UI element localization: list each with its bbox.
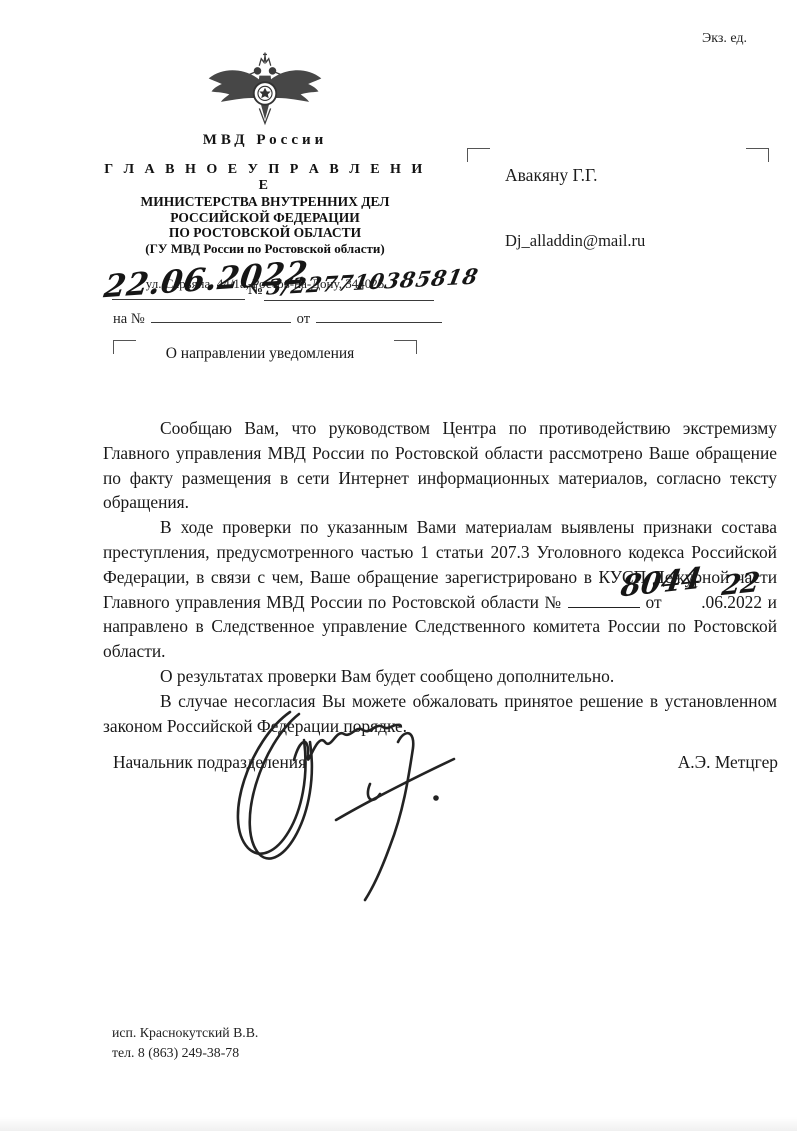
reply-number-blank — [151, 308, 291, 323]
day-blank: 22 — [667, 596, 701, 608]
reply-date-blank — [316, 308, 442, 323]
org-line: РОССИЙСКОЙ ФЕДЕРАЦИИ — [100, 210, 430, 226]
recipient-name: Авакяну Г.Г. — [505, 165, 598, 186]
copy-count-note: Экз. ед. — [702, 31, 747, 47]
paragraph-2: В ходе проверки по указанным Вами матери… — [103, 515, 777, 664]
recipient-corner-left — [467, 148, 490, 162]
signer-name: А.Э. Метцгер — [678, 752, 778, 773]
handwritten-signature-scribble — [220, 698, 470, 918]
executor-phone: тел. 8 (863) 249-38-78 — [112, 1043, 258, 1063]
reply-number-label: на № — [113, 311, 145, 327]
reply-reference-row: на №от — [113, 308, 448, 328]
number-sign: № — [248, 282, 263, 299]
subject-corner-right — [394, 340, 417, 354]
letter-body: Сообщаю Вам, что руководством Центра по … — [103, 416, 777, 738]
kusp-number-blank: 8044 — [568, 595, 640, 608]
recipient-corner-right — [746, 148, 769, 162]
org-short-name: МВД России — [100, 132, 430, 149]
executor-footer: исп. Краснокутский В.В. тел. 8 (863) 249… — [112, 1023, 258, 1063]
date-underline — [112, 299, 245, 300]
org-line: МИНИСТЕРСТВА ВНУТРЕННИХ ДЕЛ — [100, 194, 430, 210]
paragraph-3: О результатах проверки Вам будет сообщен… — [103, 664, 777, 689]
org-line: ПО РОСТОВСКОЙ ОБЛАСТИ — [100, 225, 430, 241]
letterhead: МВД России Г Л А В Н О Е У П Р А В Л Е Н… — [100, 52, 430, 292]
mvd-eagle-emblem-icon — [204, 52, 326, 132]
reply-date-label: от — [297, 311, 310, 327]
subject-line: О направлении уведомления — [138, 345, 382, 363]
scanned-letter-page: Экз. ед. МВД России Г Л А В Н О Е У П Р … — [0, 0, 797, 1131]
number-underline — [264, 300, 434, 301]
executor-name: исп. Краснокутский В.В. — [112, 1023, 258, 1043]
org-abbrev-line: (ГУ МВД России по Ростовской области) — [100, 241, 430, 257]
paragraph-1: Сообщаю Вам, что руководством Центра по … — [103, 416, 777, 515]
subject-corner-left — [113, 340, 136, 354]
org-full-name: Г Л А В Н О Е У П Р А В Л Е Н И Е МИНИСТ… — [100, 162, 430, 257]
recipient-email: Dj_alladdin@mail.ru — [505, 231, 645, 251]
org-line: Г Л А В Н О Е У П Р А В Л Е Н И Е — [100, 162, 430, 194]
